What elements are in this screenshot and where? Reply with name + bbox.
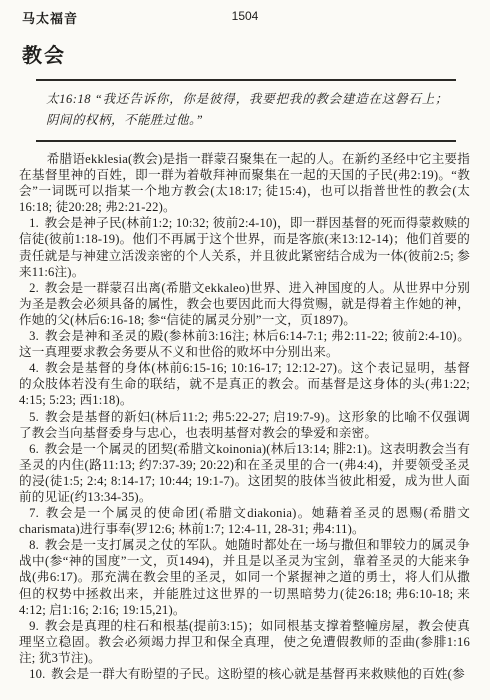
scanned-book-page: 马太福音 1504 教会 太16:18 “我还告诉你，你是彼得，我要把我的教会建…: [0, 0, 490, 700]
paragraph-text: 教会是神子民(林前1:2; 10:32; 彼前2:4-10)，即一群因基督的死而…: [19, 216, 470, 278]
body-paragraph-6: 6.教会是一个属灵的团契(希腊文koinonia)(林后13:14; 腓2:1)…: [19, 441, 470, 505]
paragraph-number: 5.: [29, 410, 39, 424]
paragraph-number: 1.: [29, 216, 39, 230]
paragraph-number: 6.: [29, 442, 39, 456]
paragraph-text: 教会是基督的身体(林前6:15-16; 10:16-17; 12:12-27)。…: [19, 361, 470, 407]
body-paragraph-8: 8.教会是一支打属灵之仗的军队。她随时都处在一场与撒但和罪较力的属灵争战中(参“…: [19, 537, 470, 617]
paragraph-text: 教会是基督的新妇(林后11:2; 弗5:22-27; 启19:7-9)。这形象的…: [19, 410, 470, 440]
paragraph-number: 10.: [29, 667, 45, 681]
paragraph-text: 教会是真理的柱石和根基(提前3:15)；如同根基支撑着整幢房屋，教会使真理坚立稳…: [19, 619, 470, 665]
epigraph-text: 太16:18 “我还告诉你，你是彼得，我要把我的教会建造在这磐石上；阴间的权柄，…: [46, 92, 448, 127]
paragraph-text: 教会是神和圣灵的殿(参林前3:16注; 林后6:14-7:1; 弗2:11-22…: [19, 329, 470, 359]
article-body: 希腊语ekklesia(教会)是指一群蒙召聚集在一起的人。在新约圣经中它主要指在…: [19, 151, 470, 682]
page-number: 1504: [0, 9, 490, 23]
body-paragraph-10: 10.教会是一群大有盼望的子民。这盼望的核心就是基督再来救赎他的百姓(参: [19, 666, 470, 682]
paragraph-number: 9.: [29, 619, 39, 633]
running-head: 马太福音 1504: [0, 0, 490, 35]
paragraph-text: 教会是一群大有盼望的子民。这盼望的核心就是基督再来救赎他的百姓(参: [51, 667, 465, 681]
body-paragraph-7: 7.教会是一个属灵的使命团(希腊文diakonia)。她藉着圣灵的恩赐(希腊文c…: [19, 505, 470, 537]
paragraph-number: 7.: [29, 506, 39, 520]
paragraph-number: 8.: [29, 538, 39, 552]
paragraph-text: 教会是一个属灵的团契(希腊文koinonia)(林后13:14; 腓2:1)。这…: [19, 442, 470, 504]
body-paragraph-4: 4.教会是基督的身体(林前6:15-16; 10:16-17; 12:12-27…: [19, 360, 470, 408]
body-paragraph-9: 9.教会是真理的柱石和根基(提前3:15)；如同根基支撑着整幢房屋，教会使真理坚…: [19, 618, 470, 666]
body-paragraph-3: 3.教会是神和圣灵的殿(参林前3:16注; 林后6:14-7:1; 弗2:11-…: [19, 328, 470, 360]
intro-paragraph: 希腊语ekklesia(教会)是指一群蒙召聚集在一起的人。在新约圣经中它主要指在…: [19, 151, 470, 215]
body-paragraph-1: 1.教会是神子民(林前1:2; 10:32; 彼前2:4-10)，即一群因基督的…: [19, 215, 470, 279]
paragraph-text: 教会是一个属灵的使命团(希腊文diakonia)。她藉着圣灵的恩赐(希腊文cha…: [19, 506, 470, 536]
paragraph-number: 3.: [29, 329, 39, 343]
paragraph-text: 教会是一支打属灵之仗的军队。她随时都处在一场与撒但和罪较力的属灵争战中(参“神的…: [19, 538, 470, 616]
body-paragraph-2: 2.教会是一群蒙召出离(希腊文ekkaleo)世界、进入神国度的人。从世界中分别…: [19, 280, 470, 328]
body-paragraph-5: 5.教会是基督的新妇(林后11:2; 弗5:22-27; 启19:7-9)。这形…: [19, 409, 470, 441]
paragraph-number: 2.: [29, 281, 39, 295]
article-title: 教会: [22, 45, 490, 67]
paragraph-text: 教会是一群蒙召出离(希腊文ekkaleo)世界、进入神国度的人。从世界中分别为圣…: [19, 281, 470, 327]
paragraph-number: 4.: [29, 361, 39, 375]
epigraph-block: 太16:18 “我还告诉你，你是彼得，我要把我的教会建造在这磐石上；阴间的权柄，…: [36, 79, 456, 142]
paragraph-text: 希腊语ekklesia(教会)是指一群蒙召聚集在一起的人。在新约圣经中它主要指在…: [19, 152, 470, 214]
